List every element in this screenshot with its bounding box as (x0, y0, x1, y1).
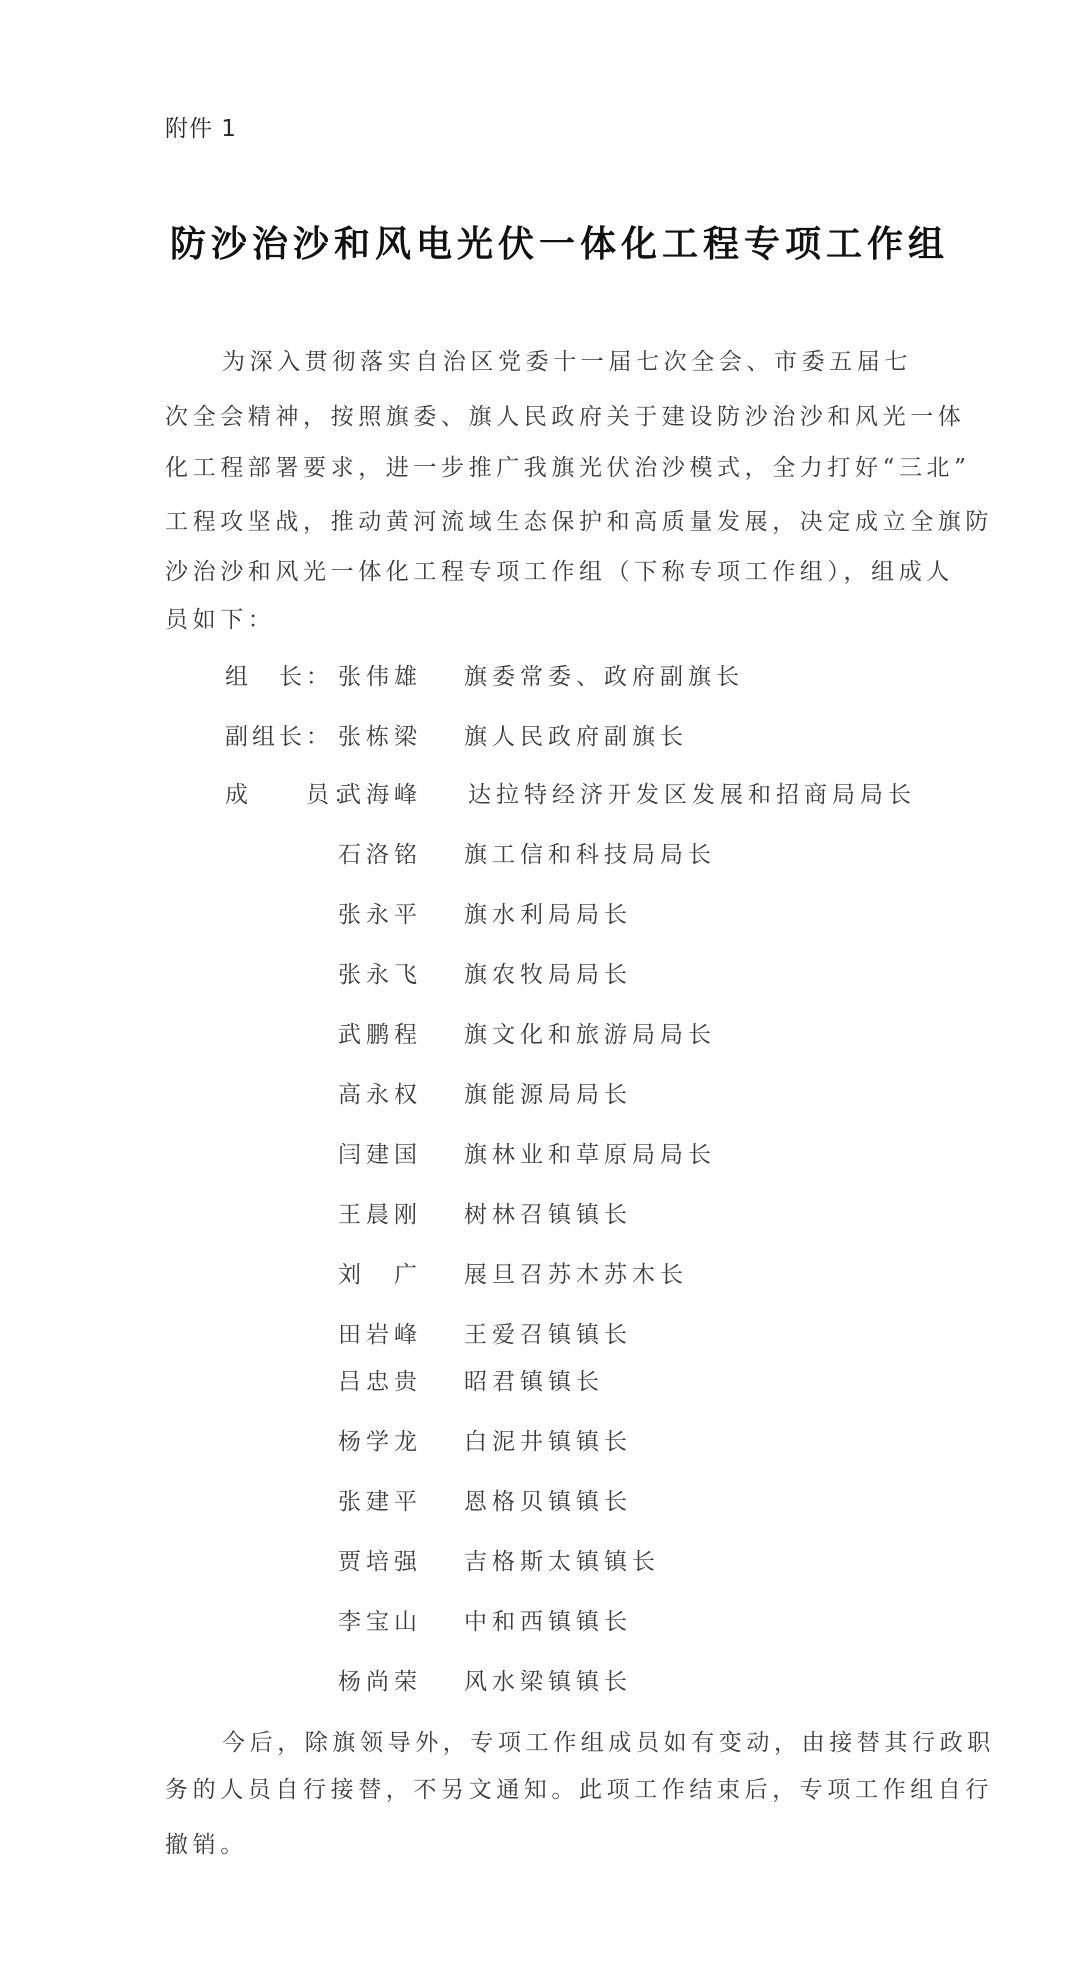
roster-row-member: 闫建国 旗林业和草原局局长 (0, 1140, 1080, 1170)
attachment-label: 附件 1 (165, 110, 237, 143)
member-name: 田岩峰 (338, 1320, 422, 1350)
member-name: 张建平 (338, 1487, 422, 1517)
member-name: 张永平 (338, 900, 422, 930)
paragraph-line: 员如下： (165, 605, 275, 635)
roster-row-member: 高永权 旗能源局局长 (0, 1080, 1080, 1110)
roster-row-member: 成 员： 武海峰 达拉特经济开发区发展和招商局局长 (0, 780, 1080, 810)
member-name: 李宝山 (338, 1607, 422, 1637)
member-position: 昭君镇镇长 (464, 1367, 604, 1397)
member-name: 杨尚荣 (338, 1667, 422, 1697)
roster-row-member: 杨学龙 白泥井镇镇长 (0, 1427, 1080, 1457)
member-name: 杨学龙 (338, 1427, 422, 1457)
member-name: 贾培强 (338, 1547, 422, 1577)
roster-row-member: 李宝山 中和西镇镇长 (0, 1607, 1080, 1637)
member-position: 恩格贝镇镇长 (464, 1487, 632, 1517)
member-position: 王爱召镇镇长 (464, 1320, 632, 1350)
member-position: 展旦召苏木苏木长 (464, 1260, 688, 1290)
roster-row-member: 贾培强 吉格斯太镇镇长 (0, 1547, 1080, 1577)
member-position: 达拉特经济开发区发展和招商局局长 (468, 780, 916, 810)
member-name: 闫建国 (338, 1140, 422, 1170)
paragraph-line: 今后，除旗领导外，专项工作组成员如有变动，由接替其行政职 (222, 1728, 995, 1758)
roster-row-member: 刘 广 展旦召苏木苏木长 (0, 1260, 1080, 1290)
member-name: 吕忠贵 (338, 1367, 422, 1397)
roster-row-member: 王晨刚 树林召镇镇长 (0, 1200, 1080, 1230)
roster-row-member: 张永飞 旗农牧局局长 (0, 960, 1080, 990)
paragraph-line: 化工程部署要求，进一步推广我旗光伏治沙模式，全力打好“三北” (165, 453, 971, 483)
member-position: 旗委常委、政府副旗长 (464, 662, 744, 692)
paragraph-line: 撤销。 (165, 1830, 248, 1860)
member-name: 高永权 (338, 1080, 422, 1110)
member-name: 武海峰 (338, 780, 422, 810)
member-position: 风水梁镇镇长 (464, 1667, 632, 1697)
member-position: 旗林业和草原局局长 (464, 1140, 716, 1170)
paragraph-line: 沙治沙和风光一体化工程专项工作组（下称专项工作组），组成人 (165, 557, 954, 587)
member-name: 石洛铭 (338, 840, 422, 870)
member-position: 旗文化和旅游局局长 (464, 1020, 716, 1050)
role-label: 副组长： (225, 722, 333, 752)
paragraph-line: 工程攻坚战，推动黄河流域生态保护和高质量发展，决定成立全旗防 (165, 507, 993, 537)
roster-row-deputy-leader: 副组长： 张栋梁 旗人民政府副旗长 (0, 722, 1080, 752)
roster-row-member: 杨尚荣 风水梁镇镇长 (0, 1667, 1080, 1697)
member-name: 张栋梁 (338, 722, 422, 752)
member-position: 旗农牧局局长 (464, 960, 632, 990)
member-name: 张伟雄 (338, 662, 422, 692)
roster-row-member: 石洛铭 旗工信和科技局局长 (0, 840, 1080, 870)
member-name: 王晨刚 (338, 1200, 422, 1230)
member-position: 吉格斯太镇镇长 (464, 1547, 660, 1577)
roster-row-member: 张建平 恩格贝镇镇长 (0, 1487, 1080, 1517)
roster-row-member: 张永平 旗水利局局长 (0, 900, 1080, 930)
member-name: 张永飞 (338, 960, 422, 990)
roster-row-member: 武鹏程 旗文化和旅游局局长 (0, 1020, 1080, 1050)
member-name: 刘 广 (338, 1260, 422, 1290)
member-name: 武鹏程 (338, 1020, 422, 1050)
roster-row-member: 田岩峰 王爱召镇镇长 (0, 1320, 1080, 1350)
role-label: 组 长： (225, 662, 333, 692)
document-title: 防沙治沙和风电光伏一体化工程专项工作组 (170, 216, 949, 267)
member-position: 中和西镇镇长 (464, 1607, 632, 1637)
member-position: 旗工信和科技局局长 (464, 840, 716, 870)
paragraph-line: 为深入贯彻落实自治区党委十一届七次全会、市委五届七 (222, 347, 912, 377)
roster-row-member: 吕忠贵 昭君镇镇长 (0, 1367, 1080, 1397)
member-position: 旗能源局局长 (464, 1080, 632, 1110)
paragraph-line: 务的人员自行接替，不另文通知。此项工作结束后，专项工作组自行 (165, 1775, 993, 1805)
member-position: 白泥井镇镇长 (464, 1427, 632, 1457)
roster-row-leader: 组 长： 张伟雄 旗委常委、政府副旗长 (0, 662, 1080, 692)
member-position: 树林召镇镇长 (464, 1200, 632, 1230)
member-position: 旗人民政府副旗长 (464, 722, 688, 752)
member-position: 旗水利局局长 (464, 900, 632, 930)
paragraph-line: 次全会精神，按照旗委、旗人民政府关于建设防沙治沙和风光一体 (165, 402, 965, 432)
